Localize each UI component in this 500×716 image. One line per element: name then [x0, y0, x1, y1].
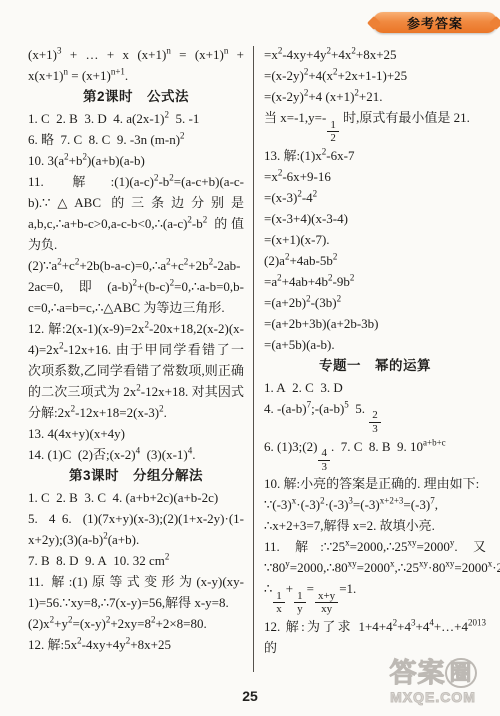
answer-line: =x2-6x+9-16 [264, 166, 486, 187]
answer-line: (2)∵a2+c2+2b(b-a-c)=0,∴a2+c2+2b2-2ab-2ac… [28, 255, 244, 318]
answer-line: 当 x=-1,y=-12 时,原式有最小值是 21. [264, 107, 486, 145]
answer-line: 10. 3(a2+b2)(a+b)(a-b) [28, 150, 244, 171]
watermark-brand-text: 答案 [389, 658, 445, 688]
section-heading: 第3课时 分组分解法 [28, 465, 244, 487]
fraction: x+yxy [315, 590, 338, 616]
fraction: 1y [294, 590, 306, 616]
answer-line: 13. 解:(1)x2-6x-7 [264, 145, 486, 166]
section-heading: 专题一 幂的运算 [264, 355, 486, 377]
answer-line: 7. B 8. D 9. A 10. 32 cm2 [28, 550, 244, 571]
answer-line: (2)x2+y2=(x-y)2+2xy=82+2×8=80. [28, 613, 244, 634]
answer-line: 1. C 2. B 3. C 4. (a+b+2c)(a+b-2c) [28, 487, 244, 508]
answer-line: ∴x+2+3=7,解得 x=2. 故填小亮. [264, 515, 486, 536]
answer-line: =x2-4xy+4y2+4x2+8x+25 [264, 44, 486, 65]
answer-line: 12. 解:为了求 1+4+42+43+44+…+42013 的 [264, 616, 486, 658]
answer-line: 5. 4 6. (1)(7x+y)(x-3);(2)(1+x-2y)·(1-x+… [28, 508, 244, 550]
answer-line: (x+1)3 + … + x (x+1)n = (x+1)n + x(x+1)n… [28, 44, 244, 86]
answer-line: 12. 解:2(x-1)(x-9)=2x2-20x+18,2(x-2)(x-4)… [28, 318, 244, 423]
left-column: (x+1)3 + … + x (x+1)n = (x+1)n + x(x+1)n… [28, 44, 253, 674]
answer-line: ∵(-3)x·(-3)2·(-3)3=(-3)x+2+3=(-3)7, [264, 494, 486, 515]
section-heading: 第2课时 公式法 [28, 86, 244, 108]
answer-line: 12. 解:5x2-4xy+4y2+8x+25 [28, 634, 244, 655]
fraction: 1x [273, 590, 285, 616]
answer-line: 6. 略 7. C 8. C 9. -3n (m-n)2 [28, 129, 244, 150]
answer-line: =(a+5b)(a-b). [264, 334, 486, 355]
answer-line: 13. 4(4x+y)(x+4y) [28, 423, 244, 444]
right-column: =x2-4xy+4y2+4x2+8x+25=(x-2y)2+4(x2+2x+1-… [254, 44, 486, 674]
watermark: 答案圈 MXQE.COM [374, 658, 492, 706]
answer-line: 4. -(a-b)7;-(a-b)5 5. 23 [264, 398, 486, 436]
answer-page: 参考答案 (x+1)3 + … + x (x+1)n = (x+1)n + x(… [0, 0, 500, 716]
answer-line: =(x-3+4)(x-3-4) [264, 208, 486, 229]
answer-line: 1. A 2. C 3. D [264, 377, 486, 398]
badge-label: 参考答案 [407, 13, 463, 32]
content-columns: (x+1)3 + … + x (x+1)n = (x+1)n + x(x+1)n… [28, 44, 486, 674]
watermark-site: MXQE.COM [374, 688, 492, 706]
answer-line: 1. C 2. B 3. D 4. a(2x-1)2 5. -1 [28, 108, 244, 129]
watermark-circled-char: 圈 [445, 658, 476, 688]
answer-line: =(x-3)2-42 [264, 187, 486, 208]
answer-line: =(a+2b)2-(3b)2 [264, 292, 486, 313]
answer-line: =(a+2b+3b)(a+2b-3b) [264, 313, 486, 334]
answer-line: 14. (1)C (2)否;(x-2)4 (3)(x-1)4. [28, 444, 244, 465]
answer-line: =(x-2y)2+4(x2+2x+1-1)+25 [264, 65, 486, 86]
fraction: 12 [327, 119, 339, 145]
watermark-brand: 答案圈 [374, 658, 492, 688]
answer-line: 10. 解:小亮的答案是正确的. 理由如下: [264, 473, 486, 494]
reference-answers-badge: 参考答案 [373, 12, 497, 33]
answer-line: ∴1x+1y=x+yxy=1. [264, 578, 486, 616]
answer-line: 11. 解:∵25x=2000,∴25xy=2000y. 又∵80y=2000,… [264, 536, 486, 578]
answer-line: =(x-2y)2+4 (x+1)2+21. [264, 86, 486, 107]
answer-line: 6. (1)3;(2)43. 7. C 8. B 9. 10a+b+c [264, 436, 486, 474]
fraction: 23 [369, 409, 381, 435]
answer-line: (2)a2+4ab-5b2 [264, 250, 486, 271]
answer-line: =a2+4ab+4b2-9b2 [264, 271, 486, 292]
answer-line: 11. 解:(1)原等式变形为(x-y)(xy-1)=56.∵xy=8,∴7(x… [28, 571, 244, 613]
fraction: 43 [318, 447, 330, 473]
answer-line: 11. 解:(1)(a-c)2-b2=(a-c+b)(a-c-b).∵△ABC … [28, 171, 244, 255]
answer-line: =(x+1)(x-7). [264, 229, 486, 250]
